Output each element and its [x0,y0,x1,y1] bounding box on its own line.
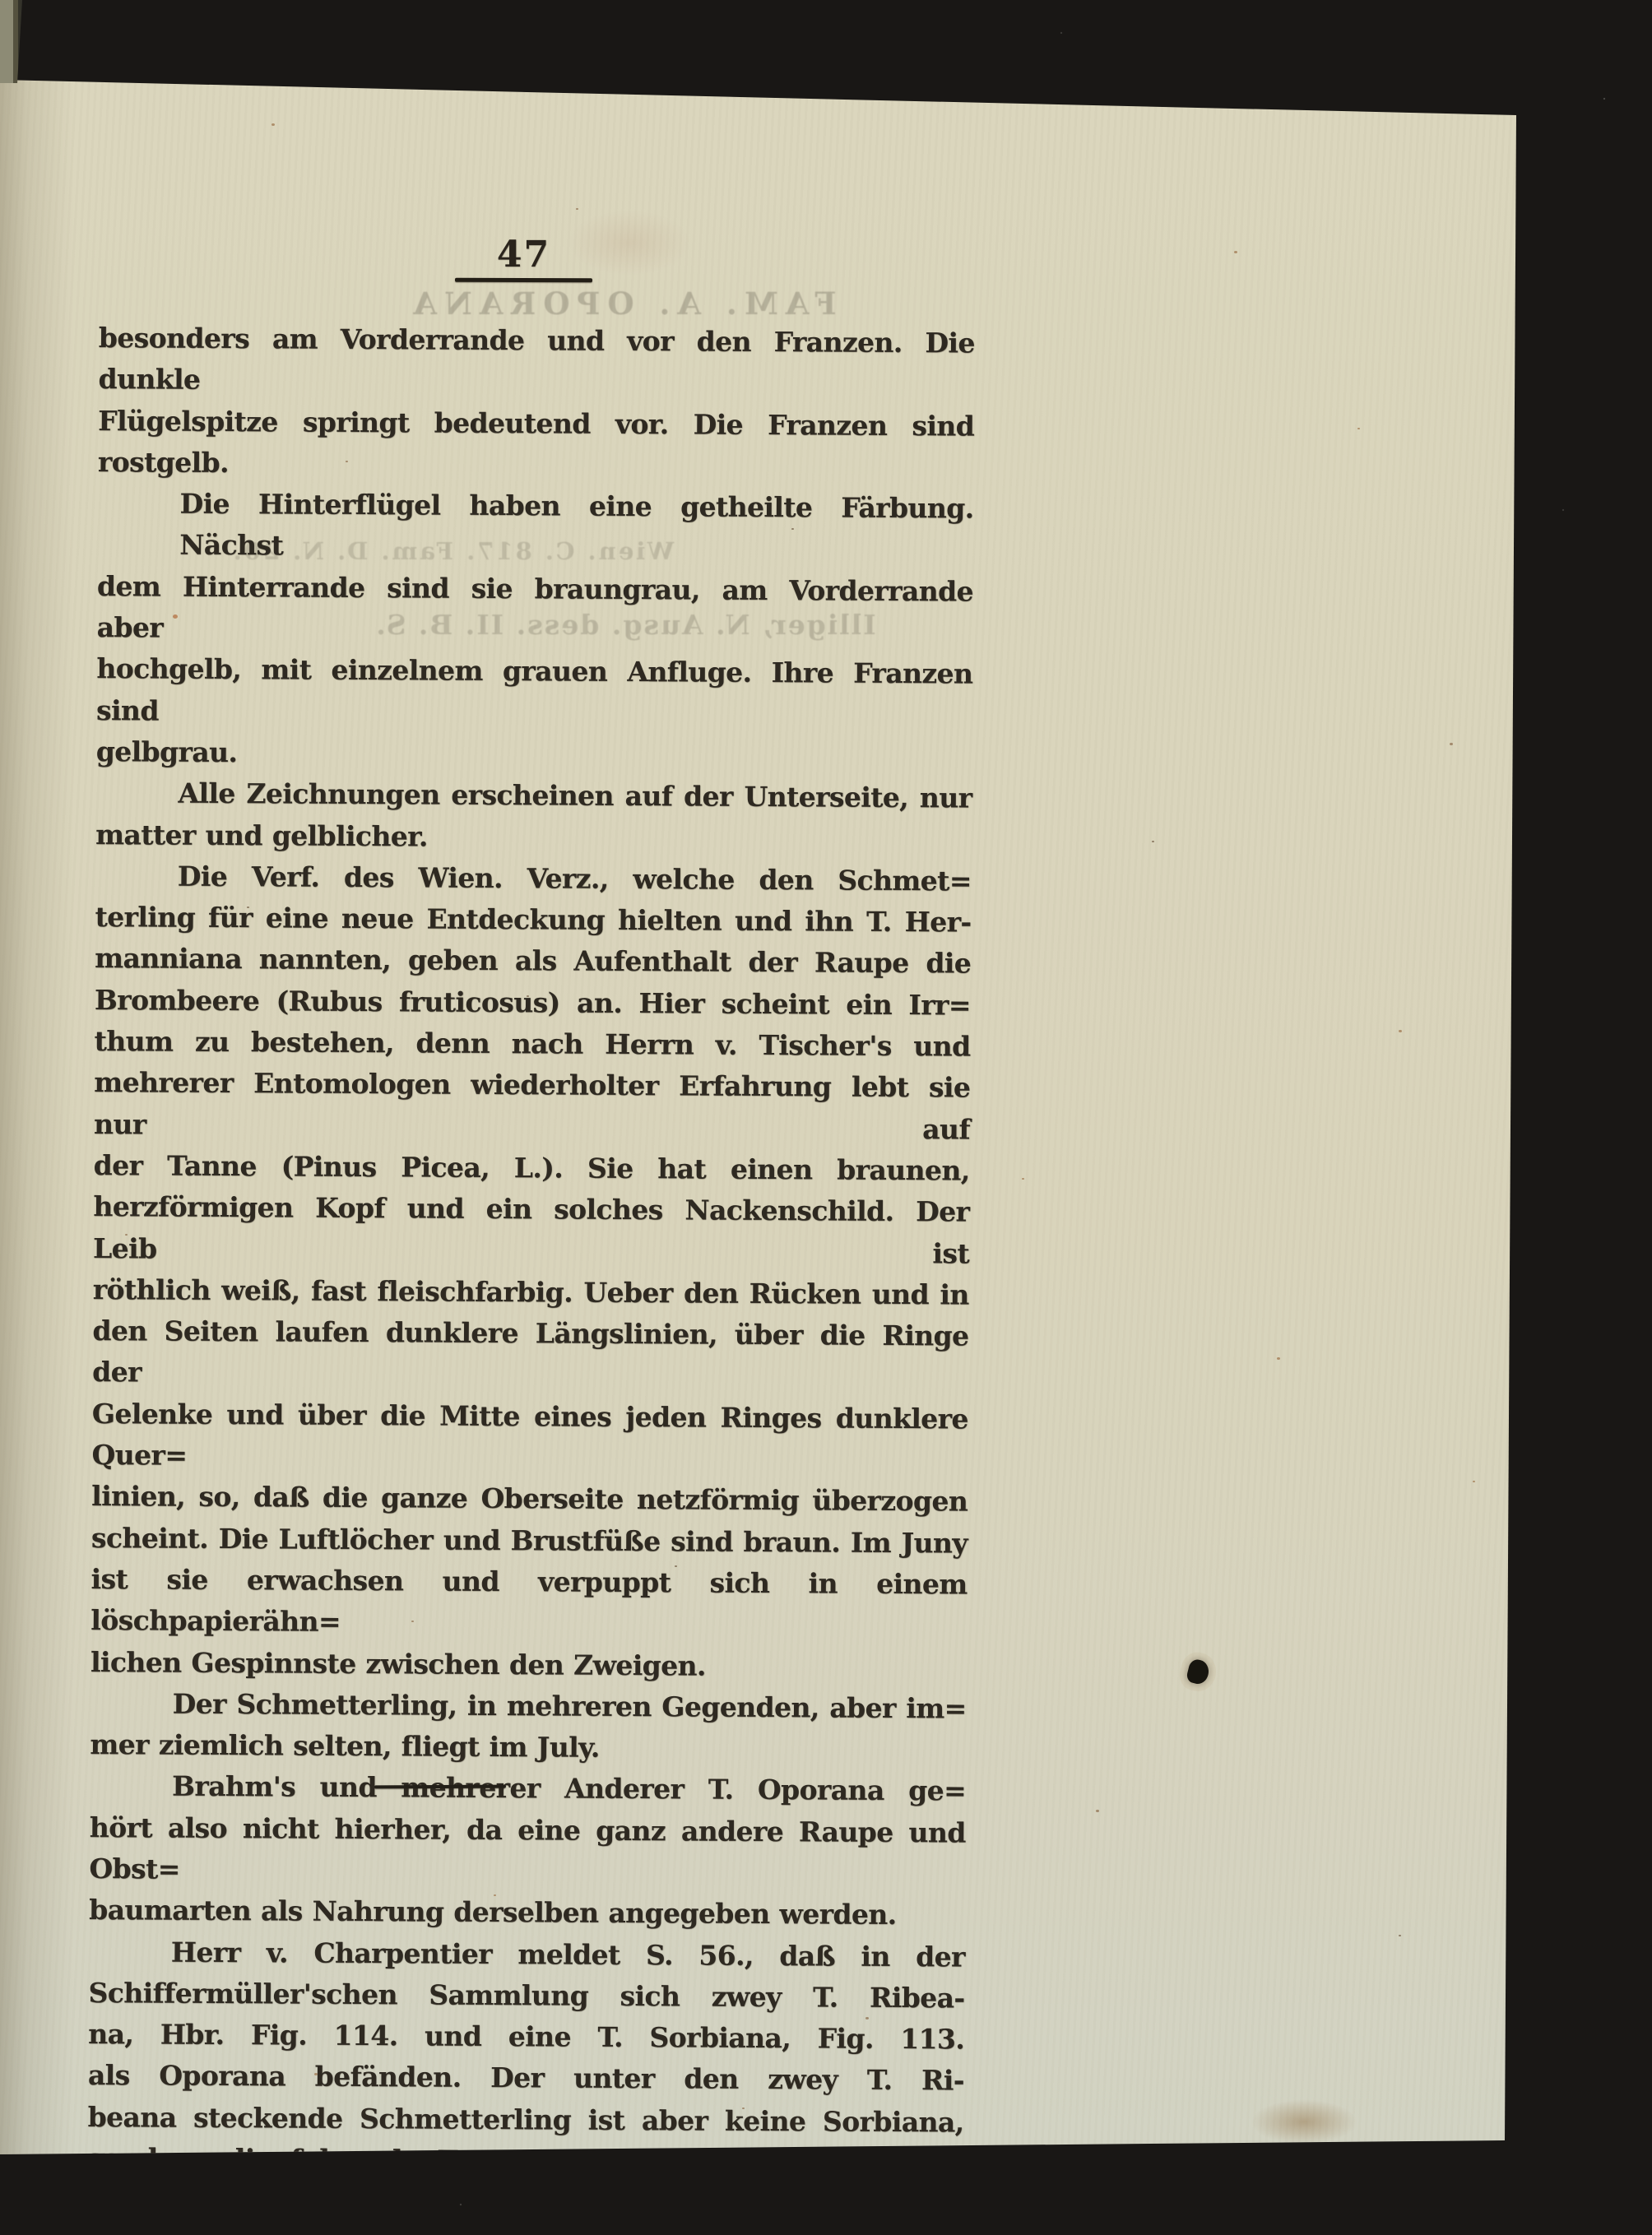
paper-speck [1096,1810,1099,1812]
text-line: dem Hinterrande sind sie braungrau, am V… [97,566,974,654]
section-divider-rule [374,1785,506,1789]
text-line: den Seiten laufen dunklere Längslinien, … [92,1310,969,1398]
text-line: terling für eine neue Entdeckung hielten… [95,897,971,944]
text-line: scheint. Die Luftlöcher und Brustfüße si… [91,1518,968,1565]
text-line: sondern die folgende T. Congenerana, die… [87,2138,963,2185]
text-line: als Oporana befänden. Der unter den zwey… [88,2055,964,2102]
text-line: herzförmigen Kopf und ein solches Nacken… [93,1186,970,1274]
paper-speck [411,1621,414,1622]
text-line: mehrerer Entomologen wiederholter Erfahr… [94,1062,971,1150]
paper-speck [247,907,249,908]
text-line: röthlich weiß, fast fleischfarbig. Ueber… [93,1269,969,1316]
text-line: Ansicht Hrn. v. Charpentier wohl noch ni… [87,2179,963,2226]
header-rule [455,278,592,283]
text-line: lichen Gespinnste zwischen den Zweigen. [90,1641,967,1688]
paper-speck [173,614,178,619]
stain [568,210,691,276]
text-line: hört also nicht hierher, da eine ganz an… [89,1807,966,1895]
paper-speck [1234,251,1237,253]
text-line: matter und gelblicher. [95,814,972,861]
paper-speck [1399,1935,1401,1936]
paper-speck [1473,1481,1475,1482]
book-page: FAM. A. OPORANAWien. C. 817. Fam. D. N. … [0,0,1652,2235]
text-line: Die Hinterflügel haben eine getheilte Fä… [97,483,974,571]
text-line: ist sie erwachsen und verpuppt sich in e… [90,1559,968,1647]
paper-speck [865,2017,869,2019]
text-line: manniana nannten, geben als Aufenthalt d… [95,938,971,985]
paper-speck [1450,743,1453,745]
paper-speck [125,1234,128,1236]
paper-speck [314,2073,318,2075]
paper-speck [1277,1357,1280,1360]
text-line: der Tanne (Pinus Picea, L.). Sie hat ein… [94,1145,970,1192]
text-line: thum zu bestehen, denn nach Herrn v. Tis… [94,1021,970,1068]
ink-blot [1186,1658,1211,1686]
text-line: Brahm's und mehrerer Anderer T. Oporana … [90,1765,966,1812]
text-line: Flügelspitze springt bedeutend vor. Die … [98,401,975,489]
text-line: Die Verf. des Wien. Verz., welche den Sc… [95,856,972,902]
paper-speck [494,1894,496,1896]
text-line: hochgelb, mit einzelnem grauen Anfluge. … [96,648,973,736]
text-line: Alle Zeichnungen erscheinen auf der Unte… [95,772,972,819]
text-line: mer ziemlich selten, fliegt im July. [90,1724,966,1771]
text-line: Herr v. Charpentier meldet S. 56., daß i… [89,1931,965,1978]
paper-speck [1357,428,1360,429]
paper-speck [1022,1178,1024,1180]
ghost-text-line: FAM. A. OPORANA [346,285,897,322]
text-line: gelbgrau. [96,731,972,778]
paper-speck [742,2107,745,2109]
text-line: linien, so, daß die ganze Oberseite netz… [91,1476,968,1523]
paper-speck [1399,1030,1402,1032]
paper-speck [576,208,578,210]
stain [1251,2099,1357,2145]
paper-speck [791,528,794,530]
text-line: Schiffermüller'schen Sammlung sich zwey … [88,1973,964,2019]
scan-frame: FAM. A. OPORANAWien. C. 817. Fam. D. N. … [0,0,1652,2235]
paper-speck [271,123,275,126]
paper-speck [346,461,348,462]
page-text: besonders am Vorderrande und vor den Fra… [87,318,975,2226]
text-line: na, Hbr. Fig. 114. und eine T. Sorbiana,… [88,2014,964,2061]
text-line: Brombeere (Rubus fruticosus) an. Hier sc… [95,980,971,1027]
paper-speck [1152,841,1154,842]
paper-speck [527,995,529,997]
adjacent-page-edge [0,0,22,83]
text-line: beana steckende Schmetterling ist aber k… [87,2097,963,2144]
text-line: besonders am Vorderrande und vor den Fra… [98,318,975,406]
text-line: baumarten als Nahrung derselben angegebe… [89,1890,965,1936]
text-line: Der Schmetterling, in mehreren Gegenden,… [90,1683,967,1730]
text-line: Gelenke und über die Mitte eines jeden R… [91,1393,968,1481]
paper-speck [675,1565,677,1567]
